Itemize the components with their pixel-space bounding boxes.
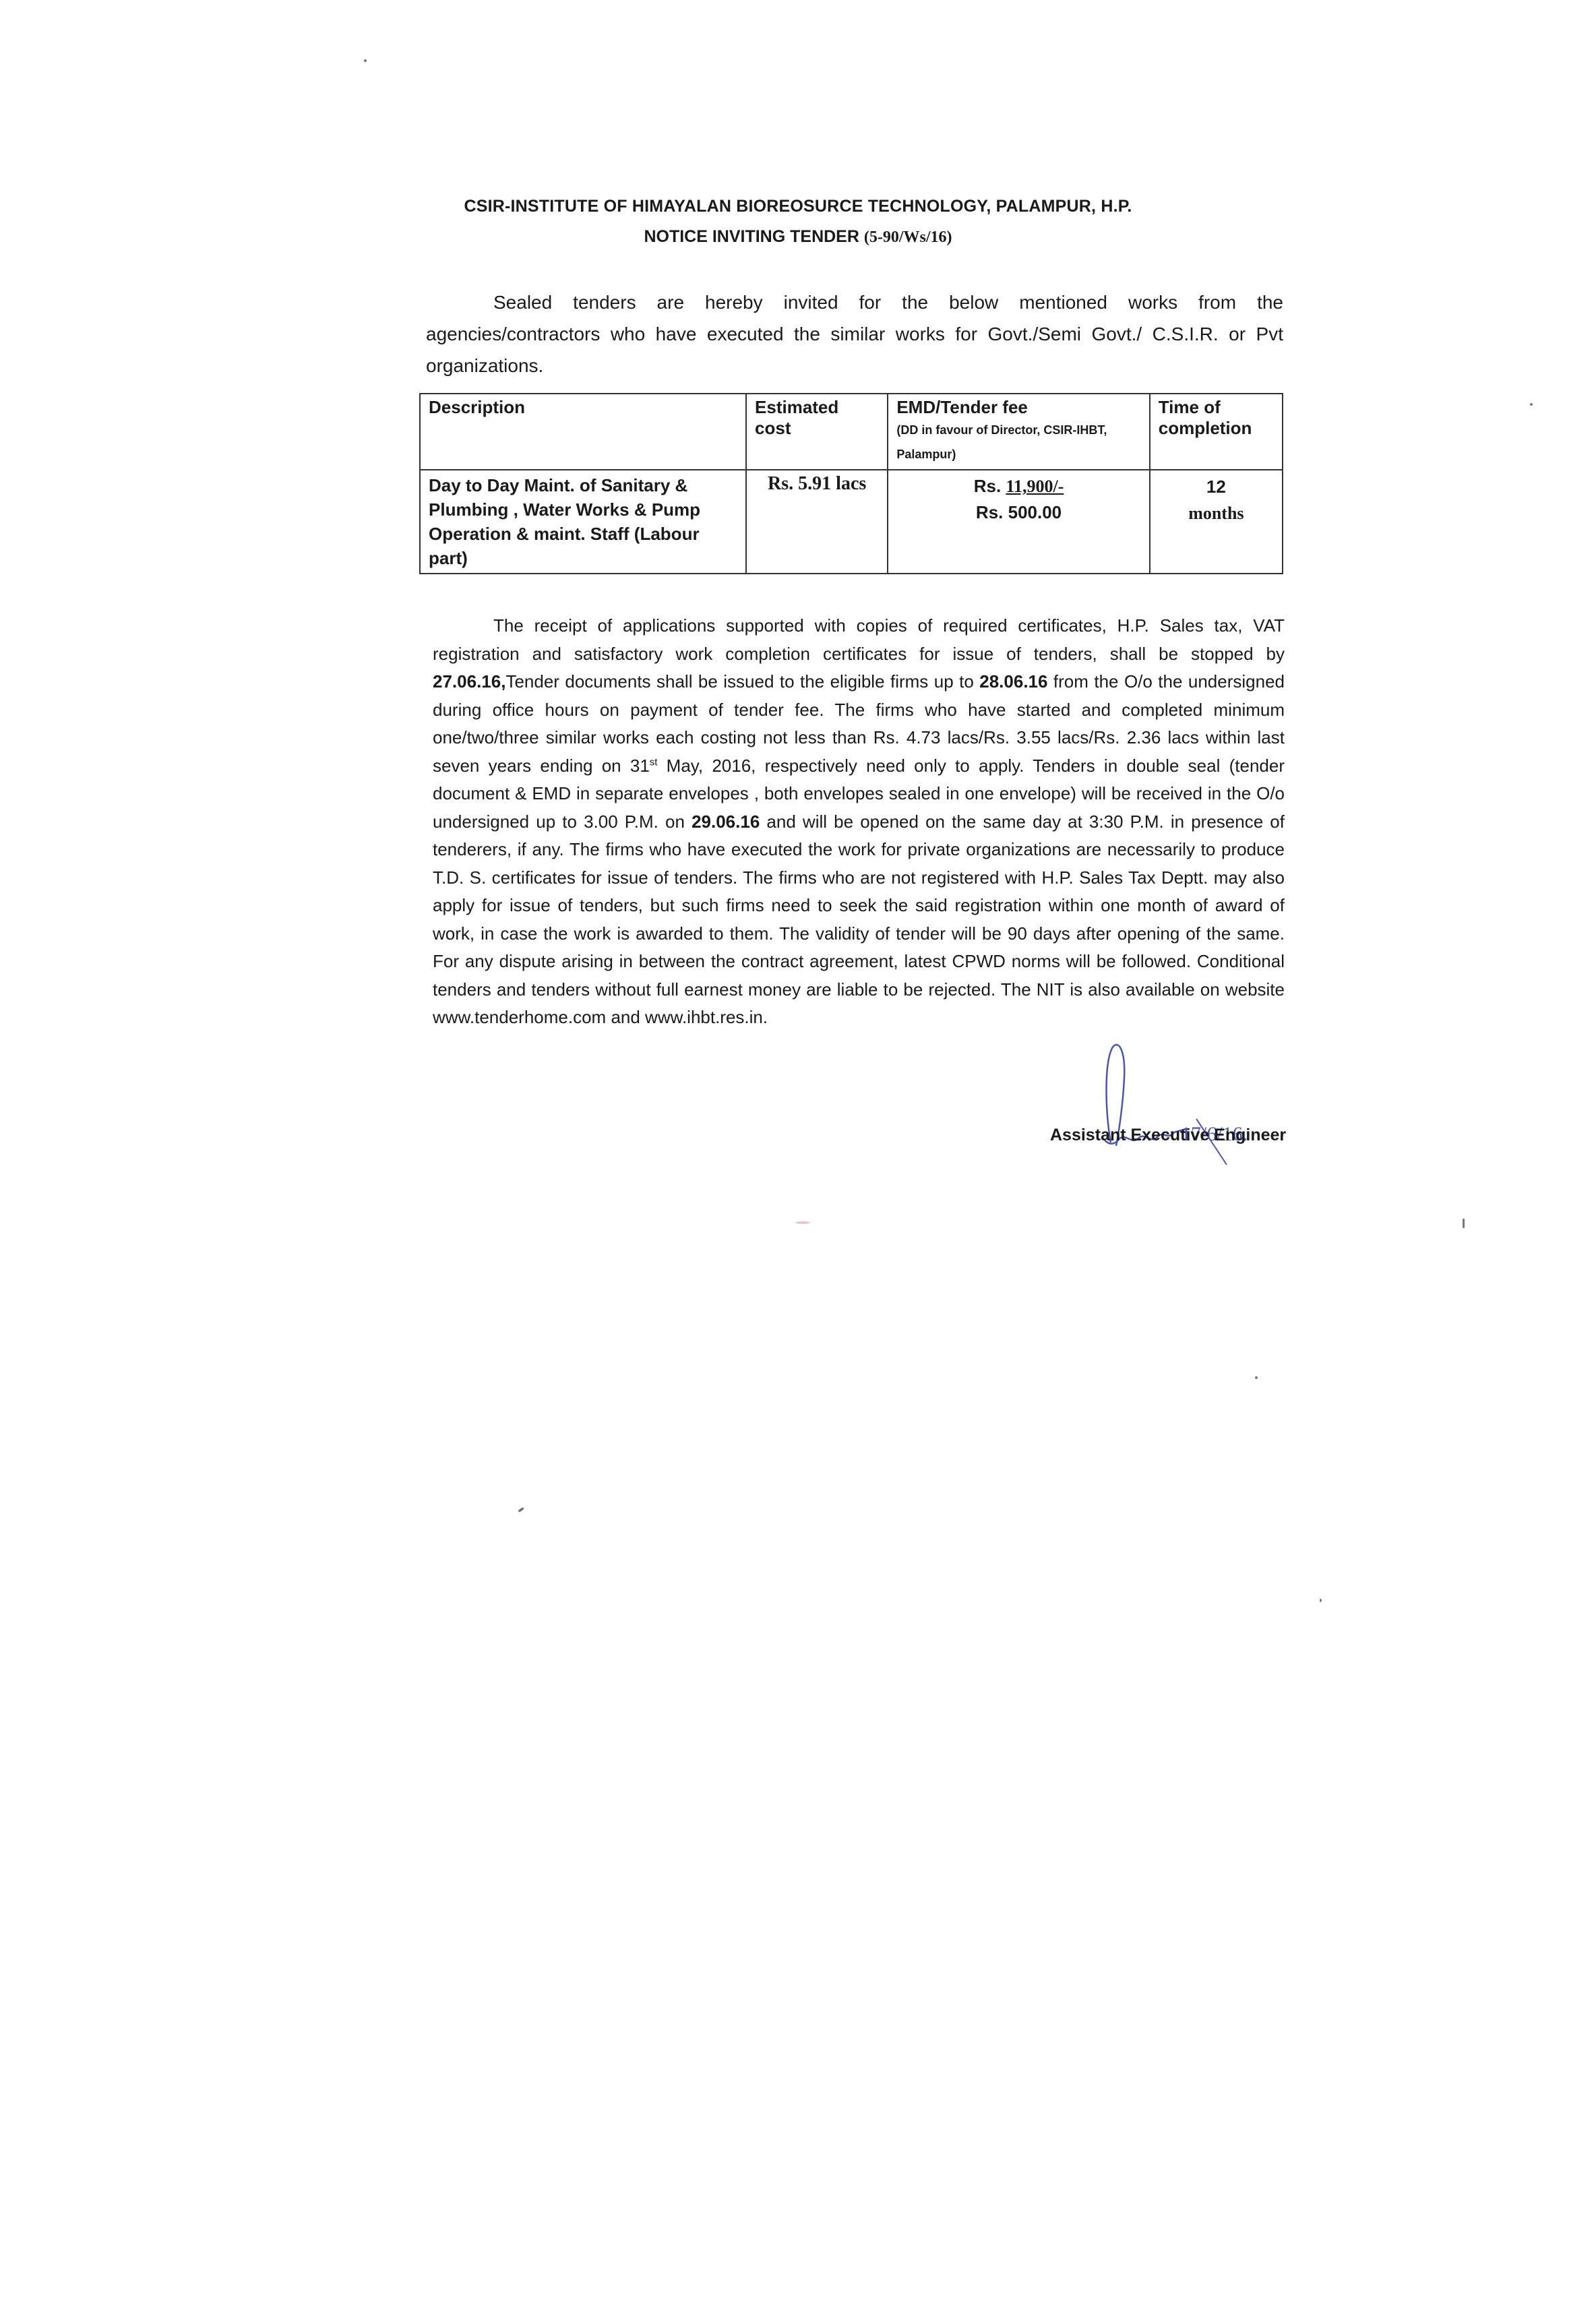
date-applications-stop: 27.06.16,	[433, 671, 505, 692]
intro-paragraph: Sealed tenders are hereby invited for th…	[426, 286, 1283, 381]
emd-amount: 11,900/-	[1006, 477, 1064, 496]
emd-prefix: Rs.	[974, 476, 1001, 496]
emd-amount-line: Rs. 11,900/-	[896, 473, 1140, 499]
terms-text-1: The receipt of applications supported wi…	[433, 615, 1285, 664]
tender-fee: Rs. 500.00	[896, 499, 1140, 525]
tender-notice-page: CSIR-INSTITUTE OF HIMAYALAN BIOREOSURCE …	[0, 0, 1596, 2297]
time-value: 12	[1159, 473, 1274, 500]
scan-speck	[1255, 1376, 1258, 1379]
header-emd: EMD/Tender fee (DD in favour of Director…	[888, 394, 1149, 470]
signature-icon: 17/6/16.	[1024, 1038, 1308, 1166]
table-header-row: Description Estimated cost EMD/Tender fe…	[420, 394, 1283, 470]
notice-title: NOTICE INVITING TENDER (5-90/Ws/16)	[0, 227, 1596, 247]
date-documents-issue: 28.06.16	[979, 671, 1047, 692]
scan-speck	[364, 59, 367, 62]
intro-text: Sealed tenders are hereby invited for th…	[426, 292, 1283, 376]
signatory-designation: Assistant Executive Engineer	[1050, 1126, 1286, 1145]
tender-table: Description Estimated cost EMD/Tender fe…	[419, 393, 1283, 574]
institute-heading: CSIR-INSTITUTE OF HIMAYALAN BIOREOSURCE …	[0, 197, 1596, 216]
terms-paragraph: The receipt of applications supported wi…	[433, 612, 1285, 1032]
terms-text-5: and will be opened on the same day at 3:…	[433, 811, 1285, 1028]
cell-estimated-cost: Rs. 5.91 lacs	[746, 470, 888, 574]
notice-title-text: NOTICE INVITING TENDER	[644, 227, 859, 246]
cell-emd: Rs. 11,900/- Rs. 500.00	[888, 470, 1149, 574]
header-estimated-cost: Estimated cost	[746, 394, 888, 470]
notice-reference: (5-90/Ws/16)	[864, 228, 952, 246]
table-row: Day to Day Maint. of Sanitary & Plumbing…	[420, 470, 1283, 574]
date-tender-receipt: 29.06.16	[692, 811, 760, 832]
cell-time: 12 months	[1150, 470, 1283, 574]
header-emd-title: EMD/Tender fee	[896, 397, 1140, 418]
time-unit: months	[1159, 500, 1274, 527]
scan-speck	[518, 1506, 524, 1512]
ordinal-suffix: st	[650, 756, 658, 768]
cell-description: Day to Day Maint. of Sanitary & Plumbing…	[420, 470, 746, 574]
header-description: Description	[420, 394, 746, 470]
header-emd-note: (DD in favour of Director, CSIR-IHBT, Pa…	[896, 418, 1140, 466]
scan-speck	[1463, 1219, 1465, 1228]
terms-text-2: Tender documents shall be issued to the …	[505, 671, 973, 692]
scan-speck	[795, 1221, 810, 1224]
scan-speck	[1530, 403, 1533, 406]
scan-speck	[1320, 1599, 1322, 1602]
header-time: Time of completion	[1150, 394, 1283, 470]
